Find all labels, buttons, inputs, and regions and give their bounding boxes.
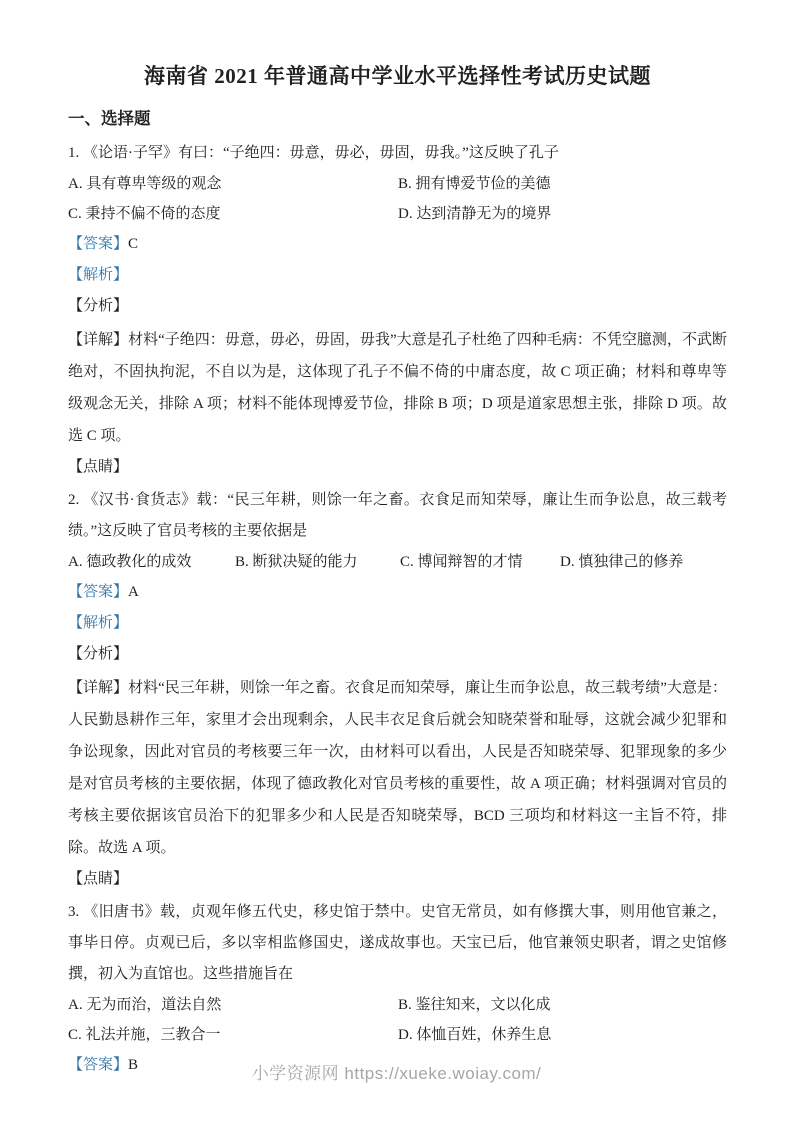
question-3-option-d: D. 体恤百姓，休养生息 [398,1020,727,1050]
footer-watermark: 小学资源网 https://xueke.woiay.com/ [0,1059,793,1084]
question-2-option-b: B. 断狱决疑的能力 [235,547,400,577]
question-2-jiexi-label: 【解析】 [68,608,727,639]
question-3-options: A. 无为而治，道法自然 B. 鉴往知来，文以化成 C. 礼法并施，三教合一 D… [68,990,727,1050]
question-3-option-b: B. 鉴往知来，文以化成 [398,990,727,1020]
question-2-option-c: C. 博闻辩智的才情 [400,547,560,577]
question-1-stem: 1. 《论语·子罕》有曰：“子绝四：毋意，毋必，毋固，毋我。”这反映了孔子 [68,138,727,169]
xiangjie-label: 【详解】 [68,332,128,348]
question-1-dianjing-label: 【点睛】 [68,452,727,483]
xiangjie-label: 【详解】 [68,680,128,696]
question-1-option-b: B. 拥有博爱节俭的美德 [398,169,727,199]
answer-value: A [128,584,139,600]
question-1-answer-line: 【答案】C [68,229,727,260]
question-2-option-a: A. 德政教化的成效 [68,547,235,577]
detail-text: 材料“子绝四：毋意，毋必，毋固，毋我”大意是孔子杜绝了四种毛病：不凭空臆测，不武… [68,332,727,444]
question-2-options: A. 德政教化的成效 B. 断狱决疑的能力 C. 博闻辩智的才情 D. 慎独律己… [68,547,727,577]
detail-text: 材料“民三年耕，则馀一年之畜。衣食足而知荣辱，廉让生而争讼息，故三载考绩”大意是… [68,680,727,856]
question-2-dianjing-label: 【点睛】 [68,864,727,895]
answer-label: 【答案】 [68,584,128,600]
question-1-jiexi-label: 【解析】 [68,260,727,291]
answer-label: 【答案】 [68,236,128,252]
question-2-fenxi-label: 【分析】 [68,639,727,670]
answer-value: C [128,236,138,252]
section-heading: 一、选择题 [68,102,727,136]
question-1-option-d: D. 达到清静无为的境界 [398,199,727,229]
question-2-option-d: D. 慎独律己的修养 [560,547,727,577]
document-page: 海南省 2021 年普通高中学业水平选择性考试历史试题 一、选择题 1. 《论语… [0,0,793,1122]
question-3-option-a: A. 无为而治，道法自然 [68,990,398,1020]
question-3-option-c: C. 礼法并施，三教合一 [68,1020,398,1050]
question-1-options: A. 具有尊卑等级的观念 B. 拥有博爱节俭的美德 C. 秉持不偏不倚的态度 D… [68,169,727,229]
question-2-answer-line: 【答案】A [68,577,727,608]
question-2-detail: 【详解】材料“民三年耕，则馀一年之畜。衣食足而知荣辱，廉让生而争讼息，故三载考绩… [68,672,727,864]
question-1-fenxi-label: 【分析】 [68,291,727,322]
question-3-stem: 3. 《旧唐书》载，贞观年修五代史，移史馆于禁中。史官无常员，如有修撰大事，则用… [68,897,727,990]
question-2-stem: 2. 《汉书·食货志》载：“民三年耕，则馀一年之畜。衣食足而知荣辱，廉让生而争讼… [68,485,727,547]
question-1-option-a: A. 具有尊卑等级的观念 [68,169,398,199]
question-1-option-c: C. 秉持不偏不倚的态度 [68,199,398,229]
page-title: 海南省 2021 年普通高中学业水平选择性考试历史试题 [68,60,727,92]
question-1-detail: 【详解】材料“子绝四：毋意，毋必，毋固，毋我”大意是孔子杜绝了四种毛病：不凭空臆… [68,324,727,452]
